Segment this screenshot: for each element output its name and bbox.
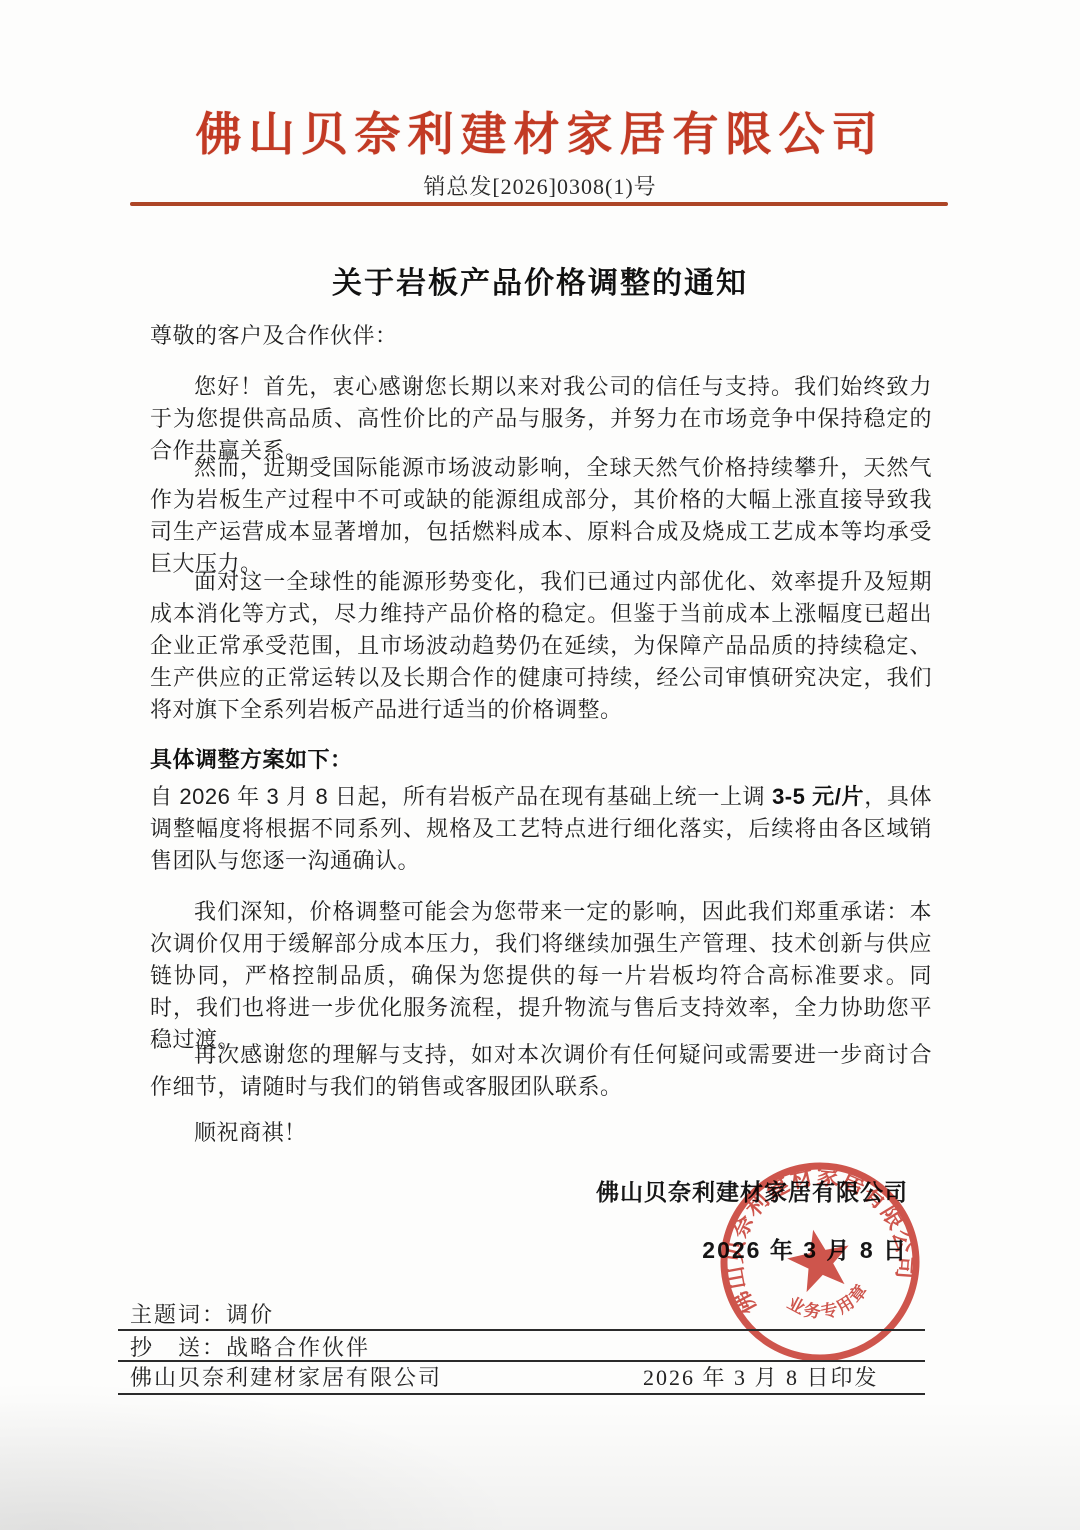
plan-body-prefix: 自 2026 年 3 月 8 日起，所有岩板产品在现有基础上统一上调 [150, 784, 772, 809]
plan-section: 具体调整方案如下： 自 2026 年 3 月 8 日起，所有岩板产品在现有基础上… [150, 744, 932, 877]
plan-body: 自 2026 年 3 月 8 日起，所有岩板产品在现有基础上统一上调 3-5 元… [150, 781, 932, 877]
footer-issuer-row: 佛山贝奈利建材家居有限公司 2026 年 3 月 8 日印发 [130, 1364, 925, 1392]
scan-shadow-bottom [0, 1400, 1080, 1530]
letterhead-company-name: 佛山贝奈利建材家居有限公司 [0, 98, 1080, 164]
salutation: 尊敬的客户及合作伙伴： [150, 320, 932, 352]
paragraph-decision: 面对这一全球性的能源形势变化，我们已通过内部优化、效率提升及短期成本消化等方式，… [150, 566, 932, 726]
footer-issuer-name: 佛山贝奈利建材家居有限公司 [130, 1365, 442, 1390]
letterhead-divider [130, 202, 948, 206]
stamp-star-icon [782, 1223, 856, 1294]
footer-subject-row: 主题词：调价 [130, 1301, 925, 1329]
document-page: 佛山贝奈利建材家居有限公司 销总发[2026]0308(1)号 关于岩板产品价格… [0, 0, 1080, 1530]
plan-heading: 具体调整方案如下： [150, 744, 932, 776]
doc-number: 销总发[2026]0308(1)号 [0, 170, 1080, 201]
footer-cc-label: 抄 送： [130, 1335, 226, 1360]
footer-cc-row: 抄 送：战略合作伙伴 [130, 1334, 925, 1362]
footer-subject-label: 主题词： [130, 1302, 226, 1327]
footer-subject-value: 调价 [226, 1302, 274, 1327]
footer-divider-3 [118, 1393, 925, 1395]
plan-body-price: 3-5 元/片 [772, 784, 864, 809]
closing-wishes: 顺祝商祺！ [150, 1117, 932, 1149]
notice-title: 关于岩板产品价格调整的通知 [0, 258, 1080, 302]
paragraph-thanks: 再次感谢您的理解与支持，如对本次调价有任何疑问或需要进一步商讨合作细节，请随时与… [150, 1039, 932, 1103]
scan-shadow-corner [0, 1380, 520, 1530]
footer-print-date: 2026 年 3 月 8 日印发 [643, 1364, 879, 1392]
paragraph-commitment: 我们深知，价格调整可能会为您带来一定的影响，因此我们郑重承诺：本次调价仅用于缓解… [150, 896, 932, 1056]
footer-cc-value: 战略合作伙伴 [226, 1335, 370, 1360]
paragraph-cost-background: 然而，近期受国际能源市场波动影响，全球天然气价格持续攀升，天然气作为岩板生产过程… [150, 452, 932, 580]
footer-divider-1 [118, 1329, 925, 1331]
footer-divider-2 [118, 1360, 925, 1362]
